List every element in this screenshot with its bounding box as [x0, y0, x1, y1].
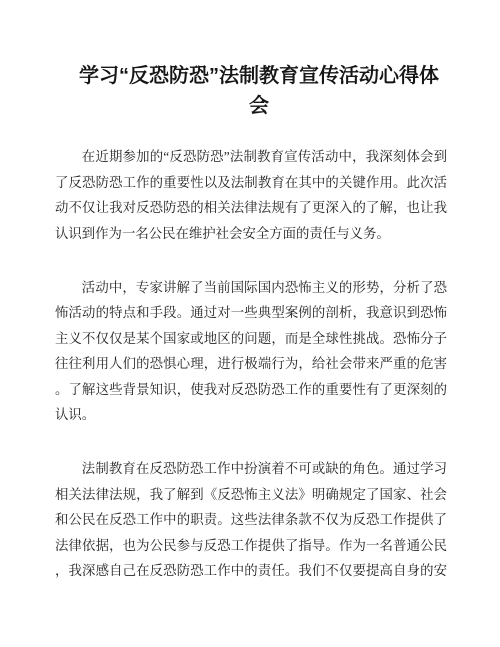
paragraph-3-line-1: 法制教育在反恐防恐工作中扮演着不可或缺的角色。通过学习	[55, 456, 447, 482]
paragraph-1-line-1: 在近期参加的“反恐防恐”法制教育宣传活动中，我深刻体会到	[55, 144, 447, 170]
document-body: 在近期参加的“反恐防恐”法制教育宣传活动中，我深刻体会到了反恐防恐工作的重要性以…	[55, 144, 447, 612]
paragraph-3-line-2: 相关法律法规，我了解到《反恐怖主义法》明确规定了国家、社会	[55, 482, 447, 508]
paragraph-2-line-6: 认识。	[55, 402, 447, 428]
paragraph-1-line-2: 了反恐防恐工作的重要性以及法制教育在其中的关键作用。此次活	[55, 170, 447, 196]
paragraph-1-line-4: 认识到作为一名公民在维护社会安全方面的责任与义务。	[55, 221, 447, 247]
document-page: 学习“反恐防恐”法制教育宣传活动心得体 会 在近期参加的“反恐防恐”法制教育宣传…	[0, 0, 500, 647]
paragraph-2-line-1: 活动中，专家讲解了当前国际国内恐怖主义的形势，分析了恐	[55, 275, 447, 301]
paragraph-3-line-5: ，我深感自己在反恐防恐工作中的责任。我们不仅要提高自身的安	[55, 558, 447, 584]
paragraph-3-line-3: 和公民在反恐工作中的职责。这些法律条款不仅为反恐工作提供了	[55, 507, 447, 533]
paragraph-2-line-3: 主义不仅仅是某个国家或地区的问题，而是全球性挑战。恐怖分子	[55, 326, 447, 352]
paragraph-2-line-2: 怖活动的特点和手段。通过对一些典型案例的剖析，我意识到恐怖	[55, 300, 447, 326]
paragraph-1-line-3: 动不仅让我对反恐防恐的相关法律法规有了更深入的了解，也让我	[55, 195, 447, 221]
paragraph-2: 活动中，专家讲解了当前国际国内恐怖主义的形势，分析了恐怖活动的特点和手段。通过对…	[55, 275, 447, 428]
document-title-line-1: 学习“反恐防恐”法制教育宣传活动心得体	[18, 61, 500, 91]
document-title-line-2: 会	[18, 91, 500, 121]
document-title: 学习“反恐防恐”法制教育宣传活动心得体 会	[0, 61, 500, 121]
paragraph-2-line-5: 。了解这些背景知识，使我对反恐防恐工作的重要性有了更深刻的	[55, 377, 447, 403]
paragraph-3: 法制教育在反恐防恐工作中扮演着不可或缺的角色。通过学习相关法律法规，我了解到《反…	[55, 456, 447, 584]
paragraph-2-line-4: 往往利用人们的恐惧心理，进行极端行为，给社会带来严重的危害	[55, 351, 447, 377]
paragraph-1: 在近期参加的“反恐防恐”法制教育宣传活动中，我深刻体会到了反恐防恐工作的重要性以…	[55, 144, 447, 246]
paragraph-3-line-4: 法律依据，也为公民参与反恐工作提供了指导。作为一名普通公民	[55, 533, 447, 559]
